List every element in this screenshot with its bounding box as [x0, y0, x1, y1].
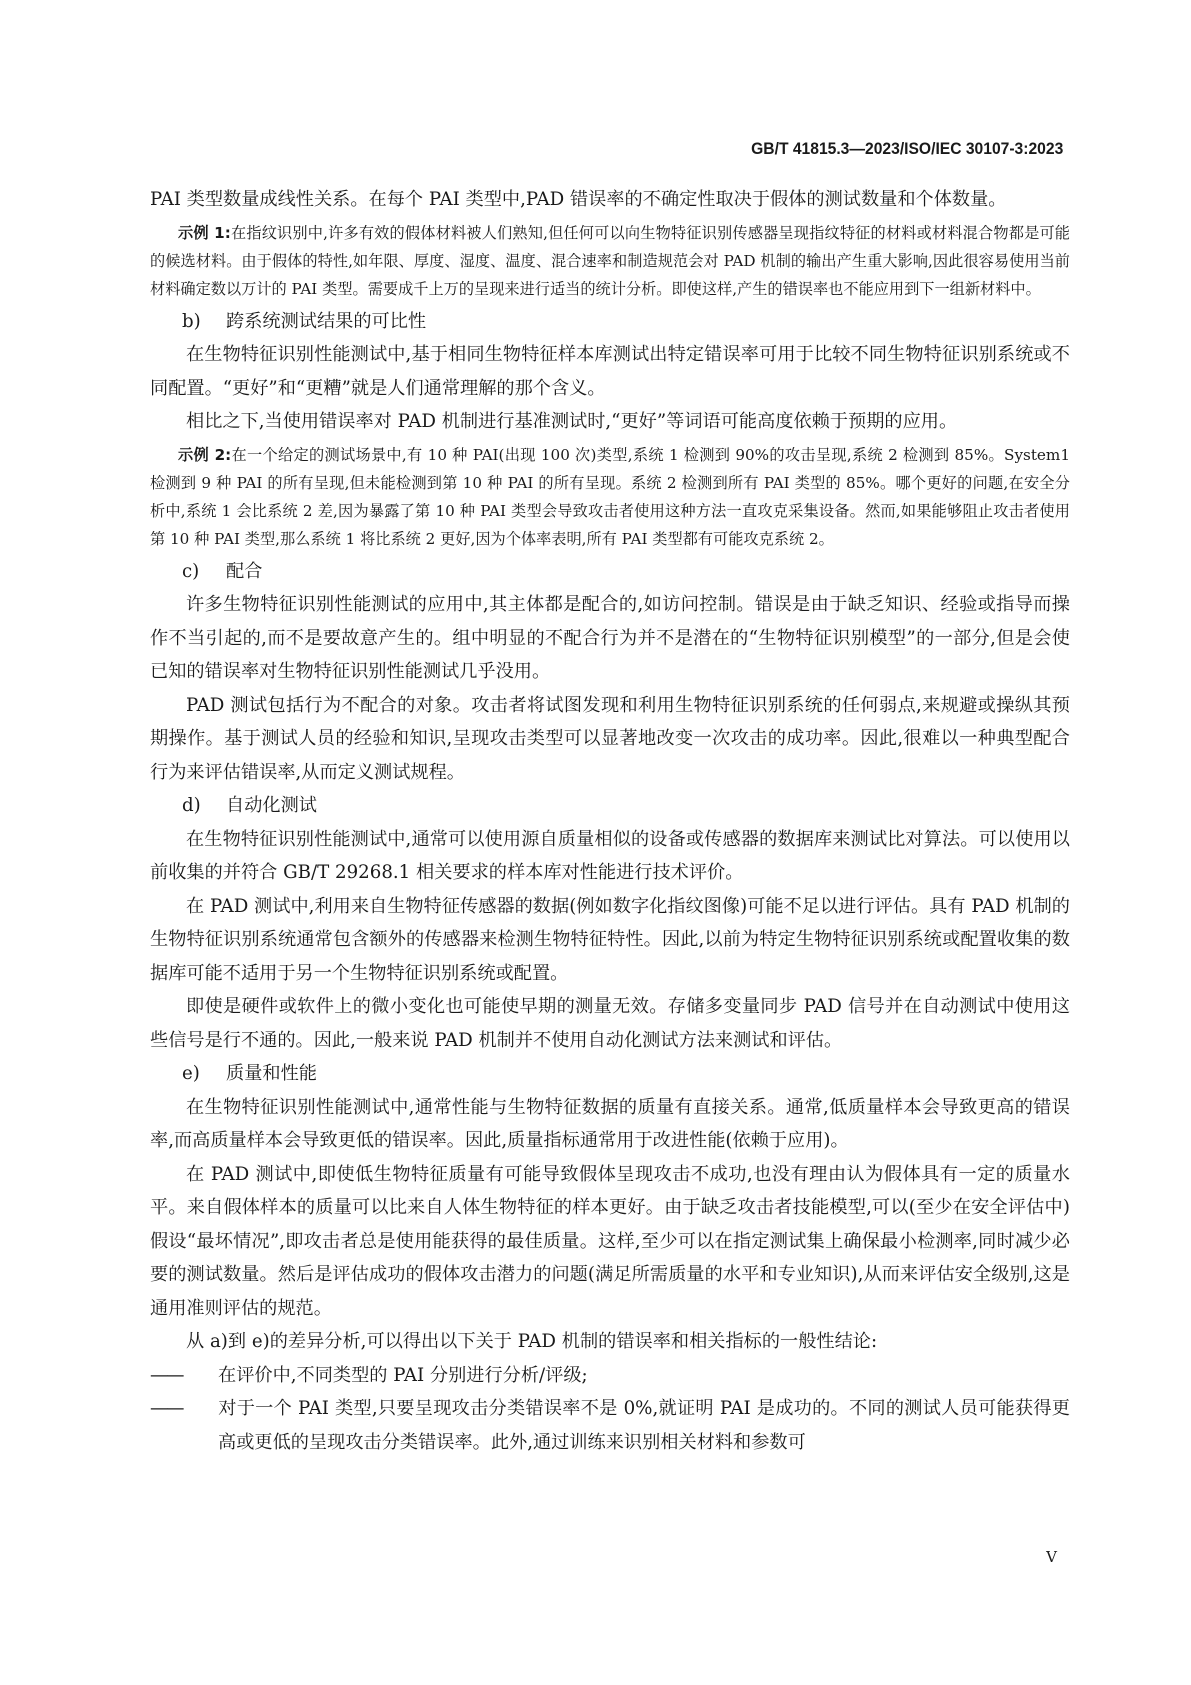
- paragraph-b2: 相比之下,当使用错误率对 PAD 机制进行基准测试时,“更好”等词语可能高度依赖…: [150, 405, 1070, 439]
- section-c-title: 配合: [226, 561, 262, 582]
- section-heading-e: e)质量和性能: [150, 1057, 1070, 1091]
- section-heading-b: b)跨系统测试结果的可比性: [150, 305, 1070, 339]
- section-b-label: b): [182, 305, 226, 339]
- document-header-standard-id: GB/T 41815.3—2023/ISO/IEC 30107-3:2023: [751, 139, 1063, 159]
- example-2-label: 示例 2:: [178, 446, 231, 464]
- bullet-text: 在评价中,不同类型的 PAI 分别进行分析/评级;: [218, 1365, 588, 1386]
- example-1-label: 示例 1:: [178, 224, 231, 242]
- page-number: V: [1046, 1548, 1057, 1566]
- bullet-item-2: ——对于一个 PAI 类型,只要呈现攻击分类错误率不是 0%,就证明 PAI 是…: [150, 1392, 1070, 1459]
- paragraph-e1: 在生物特征识别性能测试中,通常性能与生物特征数据的质量有直接关系。通常,低质量样…: [150, 1091, 1070, 1158]
- paragraph-c2: PAD 测试包括行为不配合的对象。攻击者将试图发现和利用生物特征识别系统的任何弱…: [150, 689, 1070, 790]
- section-heading-d: d)自动化测试: [150, 789, 1070, 823]
- section-d-title: 自动化测试: [226, 795, 317, 816]
- paragraph-d1: 在生物特征识别性能测试中,通常可以使用源自质量相似的设备或传感器的数据库来测试比…: [150, 823, 1070, 890]
- paragraph-continuation: PAI 类型数量成线性关系。在每个 PAI 类型中,PAD 错误率的不确定性取决…: [150, 183, 1070, 217]
- example-1-text: 在指纹识别中,许多有效的假体材料被人们熟知,但任何可以向生物特征识别传感器呈现指…: [150, 224, 1070, 298]
- section-c-label: c): [182, 555, 226, 589]
- section-heading-c: c)配合: [150, 555, 1070, 589]
- section-d-label: d): [182, 789, 226, 823]
- paragraph-d3: 即使是硬件或软件上的微小变化也可能使早期的测量无效。存储多变量同步 PAD 信号…: [150, 990, 1070, 1057]
- paragraph-e2: 在 PAD 测试中,即使低生物特征质量有可能导致假体呈现攻击不成功,也没有理由认…: [150, 1158, 1070, 1326]
- section-e-title: 质量和性能: [226, 1063, 317, 1084]
- paragraph-c1: 许多生物特征识别性能测试的应用中,其主体都是配合的,如访问控制。错误是由于缺乏知…: [150, 588, 1070, 689]
- paragraph-d2: 在 PAD 测试中,利用来自生物特征传感器的数据(例如数字化指纹图像)可能不足以…: [150, 890, 1070, 991]
- paragraph-conclusion: 从 a)到 e)的差异分析,可以得出以下关于 PAD 机制的错误率和相关指标的一…: [150, 1325, 1070, 1359]
- dash-marker: ——: [150, 1392, 218, 1426]
- section-b-title: 跨系统测试结果的可比性: [226, 311, 426, 332]
- dash-marker: ——: [150, 1359, 218, 1393]
- example-2-text: 在一个给定的测试场景中,有 10 种 PAI(出现 100 次)类型,系统 1 …: [150, 446, 1070, 548]
- document-body: PAI 类型数量成线性关系。在每个 PAI 类型中,PAD 错误率的不确定性取决…: [150, 183, 1070, 1459]
- example-2: 示例 2:在一个给定的测试场景中,有 10 种 PAI(出现 100 次)类型,…: [150, 439, 1070, 555]
- bullet-item-1: ——在评价中,不同类型的 PAI 分别进行分析/评级;: [150, 1359, 1070, 1393]
- example-1: 示例 1:在指纹识别中,许多有效的假体材料被人们熟知,但任何可以向生物特征识别传…: [150, 217, 1070, 305]
- paragraph-b1: 在生物特征识别性能测试中,基于相同生物特征样本库测试出特定错误率可用于比较不同生…: [150, 338, 1070, 405]
- section-e-label: e): [182, 1057, 226, 1091]
- bullet-text: 对于一个 PAI 类型,只要呈现攻击分类错误率不是 0%,就证明 PAI 是成功…: [218, 1398, 1070, 1453]
